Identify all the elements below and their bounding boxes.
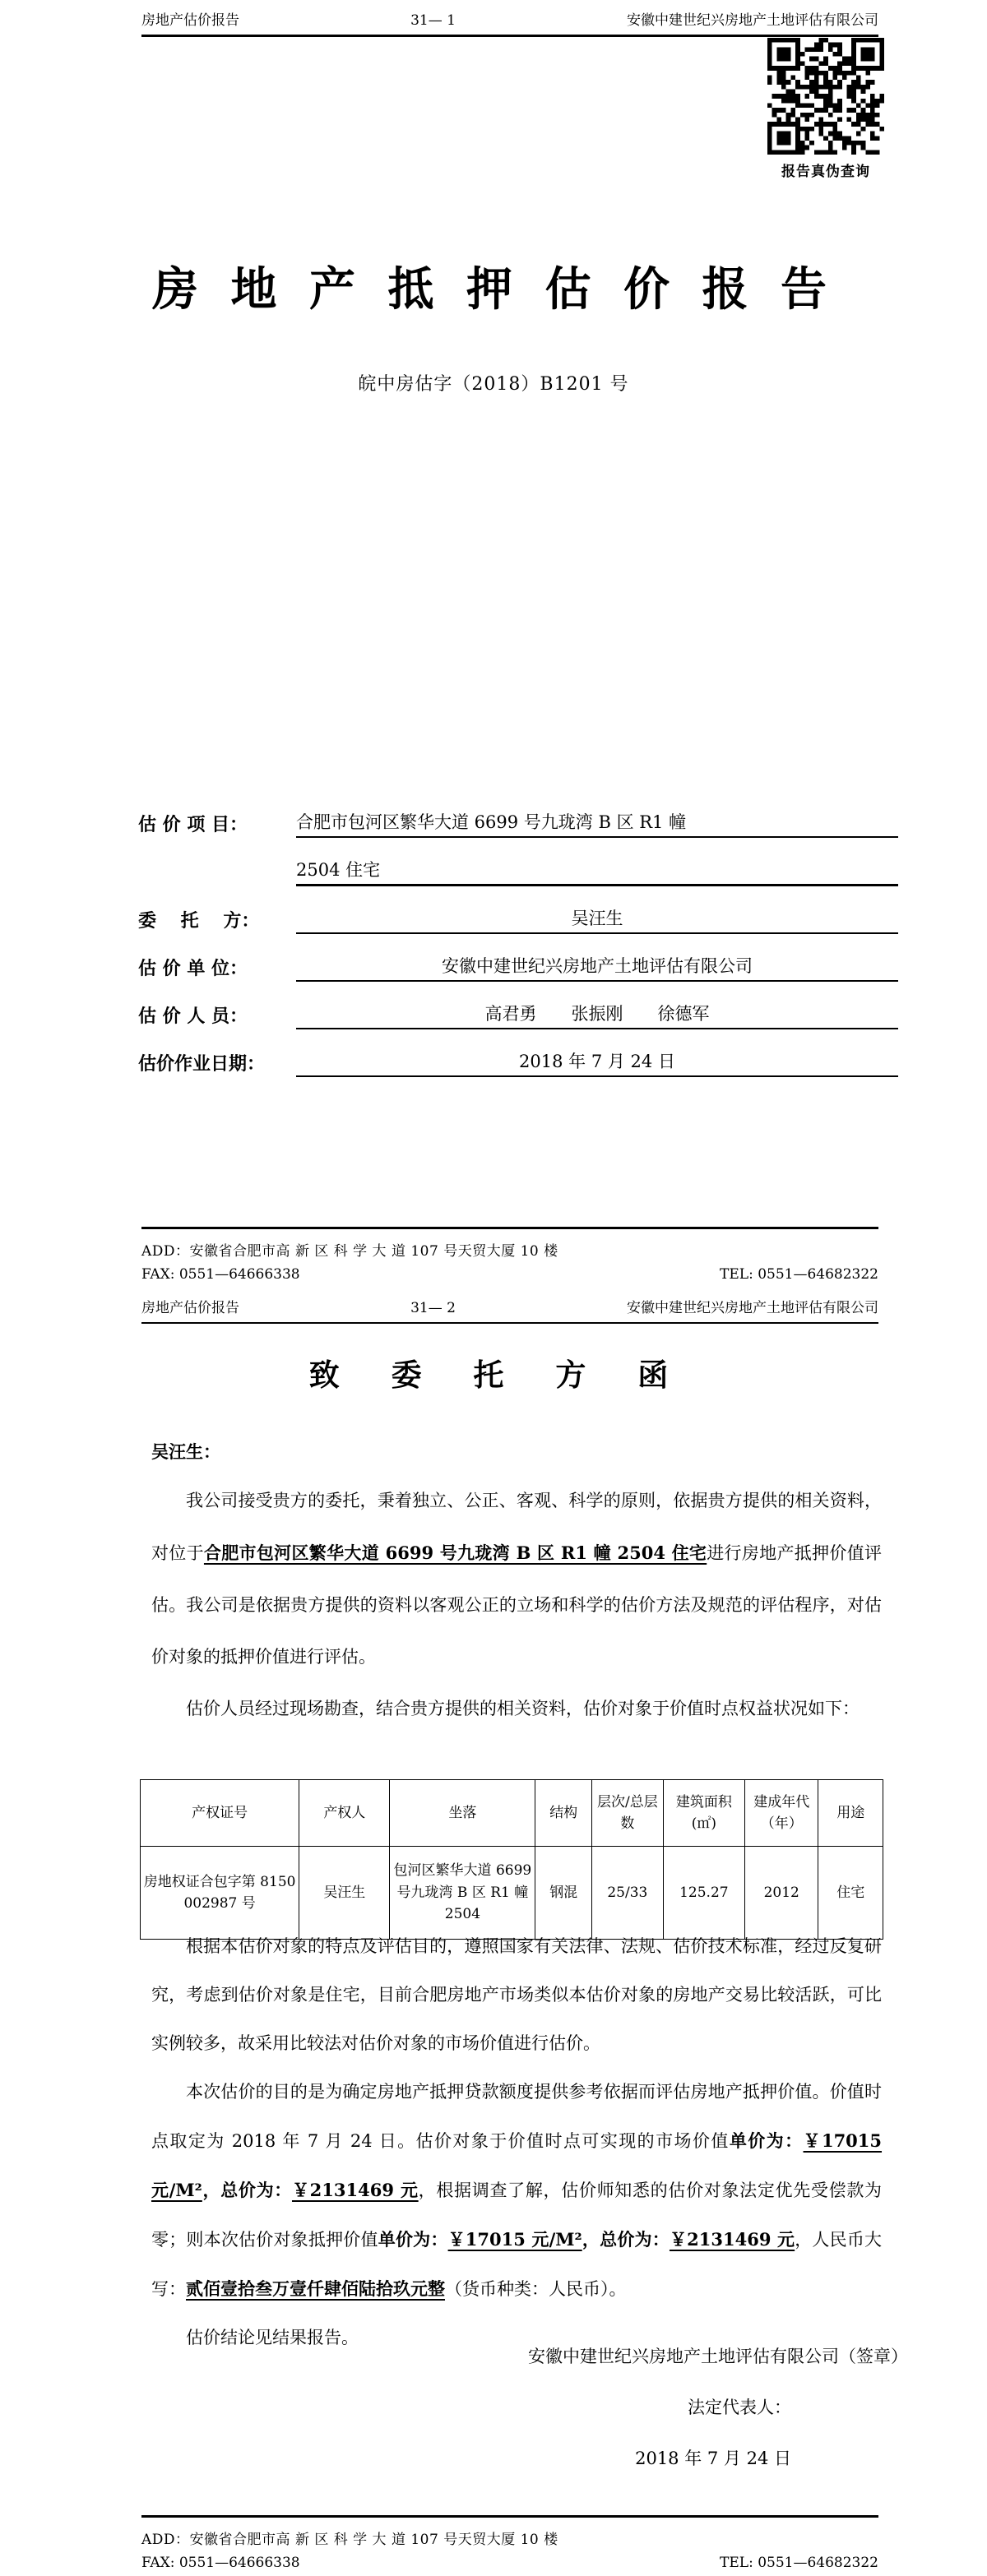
property-table: 产权证号产权人坐落结构层次/总层数建筑面积(㎡)建成年代（年）用途房地权证合包字… xyxy=(140,1779,883,1940)
column-header: 建筑面积(㎡) xyxy=(663,1780,744,1847)
qr-code xyxy=(767,38,884,155)
signature-legal-rep: 法定代表人： xyxy=(528,2394,791,2419)
column-header: 结构 xyxy=(535,1780,592,1847)
footer-tel: TEL: 0551—64682322 xyxy=(720,2555,878,2571)
header-company-name: 安徽中建世纪兴房地产土地评估有限公司 xyxy=(627,8,878,29)
form-row-date: 估价作业日期： 2018 年 7 月 24 日 xyxy=(138,1048,898,1077)
letter-body-intro: 我公司接受贵方的委托，秉着独立、公正、客观、科学的原则，依据贵方提供的相关资料，… xyxy=(151,1475,882,1735)
column-header: 产权证号 xyxy=(141,1780,299,1847)
paragraph: 我公司接受贵方的委托，秉着独立、公正、客观、科学的原则，依据贵方提供的相关资料，… xyxy=(151,1475,882,1683)
header-page-number: 31— 2 xyxy=(410,1300,456,1316)
project-value-line2: 2504 住宅 xyxy=(296,857,898,886)
footer-address: ADD：安徽省合肥市高 新 区 科 学 大 道 107 号天贸大厦 10 楼 xyxy=(141,2527,878,2548)
page2-running-header: 房地产估价报告 31— 2 安徽中建世纪兴房地产土地评估有限公司 xyxy=(141,1296,878,1324)
document: 房地产估价报告 31— 1 安徽中建世纪兴房地产土地评估有限公司 报告真伪查询 … xyxy=(0,0,987,2576)
paragraph: 根据本估价对象的特点及评估目的，遵照国家有关法律、法规、估价技术标准，经过反复研… xyxy=(151,1922,882,2068)
client-value: 吴汪生 xyxy=(296,905,898,934)
signature-company: 安徽中建世纪兴房地产土地评估有限公司（签章） xyxy=(528,2343,908,2368)
date-value: 2018 年 7 月 24 日 xyxy=(296,1048,898,1077)
report-number: 皖中房估字（2018）B1201 号 xyxy=(0,370,987,395)
footer-address: ADD：安徽省合肥市高 新 区 科 学 大 道 107 号天贸大厦 10 楼 xyxy=(141,1239,878,1260)
form-row-project: 估 价 项 目： 合肥市包河区繁华大道 6699 号九珑湾 B 区 R1 幢 xyxy=(138,809,898,838)
salutation: 吴汪生： xyxy=(151,1439,220,1464)
form-row-project-cont: 2504 住宅 xyxy=(138,857,898,886)
signature-date: 2018 年 7 月 24 日 xyxy=(528,2445,791,2470)
form-row-client: 委 托 方： 吴汪生 xyxy=(138,905,898,934)
footer-tel: TEL: 0551—64682322 xyxy=(720,1266,878,1283)
footer-fax: FAX: 0551—64666338 xyxy=(141,1266,300,1283)
project-value-line1: 合肥市包河区繁华大道 6699 号九珑湾 B 区 R1 幢 xyxy=(296,809,898,838)
project-label-spacer xyxy=(138,885,296,886)
project-label: 估 价 项 目： xyxy=(138,811,296,838)
form-row-agency: 估 价 单 位： 安徽中建世纪兴房地产土地评估有限公司 xyxy=(138,953,898,982)
footer-fax-tel: FAX: 0551—64666338 TEL: 0551—64682322 xyxy=(141,2555,878,2571)
column-header: 产权人 xyxy=(299,1780,390,1847)
header-doc-type: 房地产估价报告 xyxy=(141,1296,239,1316)
date-label: 估价作业日期： xyxy=(138,1050,296,1077)
header-page-number: 31— 1 xyxy=(410,12,456,29)
paragraph: 估价人员经过现场勘查，结合贵方提供的相关资料，估价对象于价值时点权益状况如下： xyxy=(151,1683,882,1735)
agency-value: 安徽中建世纪兴房地产土地评估有限公司 xyxy=(296,953,898,982)
property-table-wrap: 产权证号产权人坐落结构层次/总层数建筑面积(㎡)建成年代（年）用途房地权证合包字… xyxy=(140,1779,883,1940)
page-1-cover: 房地产估价报告 31— 1 安徽中建世纪兴房地产土地评估有限公司 报告真伪查询 … xyxy=(0,0,987,1288)
letter-title: 致 委 托 方 函 xyxy=(0,1350,987,1394)
report-title: 房 地 产 抵 押 估 价 报 告 xyxy=(0,253,987,319)
agency-label: 估 价 单 位： xyxy=(138,955,296,982)
header-doc-type: 房地产估价报告 xyxy=(141,8,239,29)
staff-label: 估 价 人 员： xyxy=(138,1002,296,1029)
form-row-staff: 估 价 人 员： 高君勇 张振刚 徐德军 xyxy=(138,1001,898,1029)
qr-code-image xyxy=(767,38,884,155)
page-2-letter: 房地产估价报告 31— 2 安徽中建世纪兴房地产土地评估有限公司 致 委 托 方… xyxy=(0,1288,987,2576)
column-header: 用途 xyxy=(818,1780,883,1847)
client-label: 委 托 方： xyxy=(138,907,296,934)
letter-body-valuation: 根据本估价对象的特点及评估目的，遵照国家有关法律、法规、估价技术标准，经过反复研… xyxy=(151,1922,882,2362)
footer-fax: FAX: 0551—64666338 xyxy=(141,2555,300,2571)
page1-running-header: 房地产估价报告 31— 1 安徽中建世纪兴房地产土地评估有限公司 xyxy=(141,8,878,37)
staff-value: 高君勇 张振刚 徐德军 xyxy=(296,1001,898,1029)
column-header: 建成年代（年） xyxy=(745,1780,818,1847)
page1-running-footer: ADD：安徽省合肥市高 新 区 科 学 大 道 107 号天贸大厦 10 楼 F… xyxy=(141,1227,878,1283)
footer-fax-tel: FAX: 0551—64666338 TEL: 0551—64682322 xyxy=(141,1266,878,1283)
header-company-name: 安徽中建世纪兴房地产土地评估有限公司 xyxy=(627,1296,878,1316)
qr-caption: 报告真伪查询 xyxy=(767,160,884,180)
cover-form: 估 价 项 目： 合肥市包河区繁华大道 6699 号九珑湾 B 区 R1 幢 2… xyxy=(138,809,898,1096)
page2-running-footer: ADD：安徽省合肥市高 新 区 科 学 大 道 107 号天贸大厦 10 楼 F… xyxy=(141,2515,878,2571)
signature-block: 安徽中建世纪兴房地产土地评估有限公司（签章） 法定代表人： 2018 年 7 月… xyxy=(528,2343,908,2496)
paragraph: 本次估价的目的是为确定房地产抵押贷款额度提供参考依据而评估房地产抵押价值。价值时… xyxy=(151,2068,882,2314)
column-header: 层次/总层数 xyxy=(592,1780,664,1847)
column-header: 坐落 xyxy=(390,1780,535,1847)
